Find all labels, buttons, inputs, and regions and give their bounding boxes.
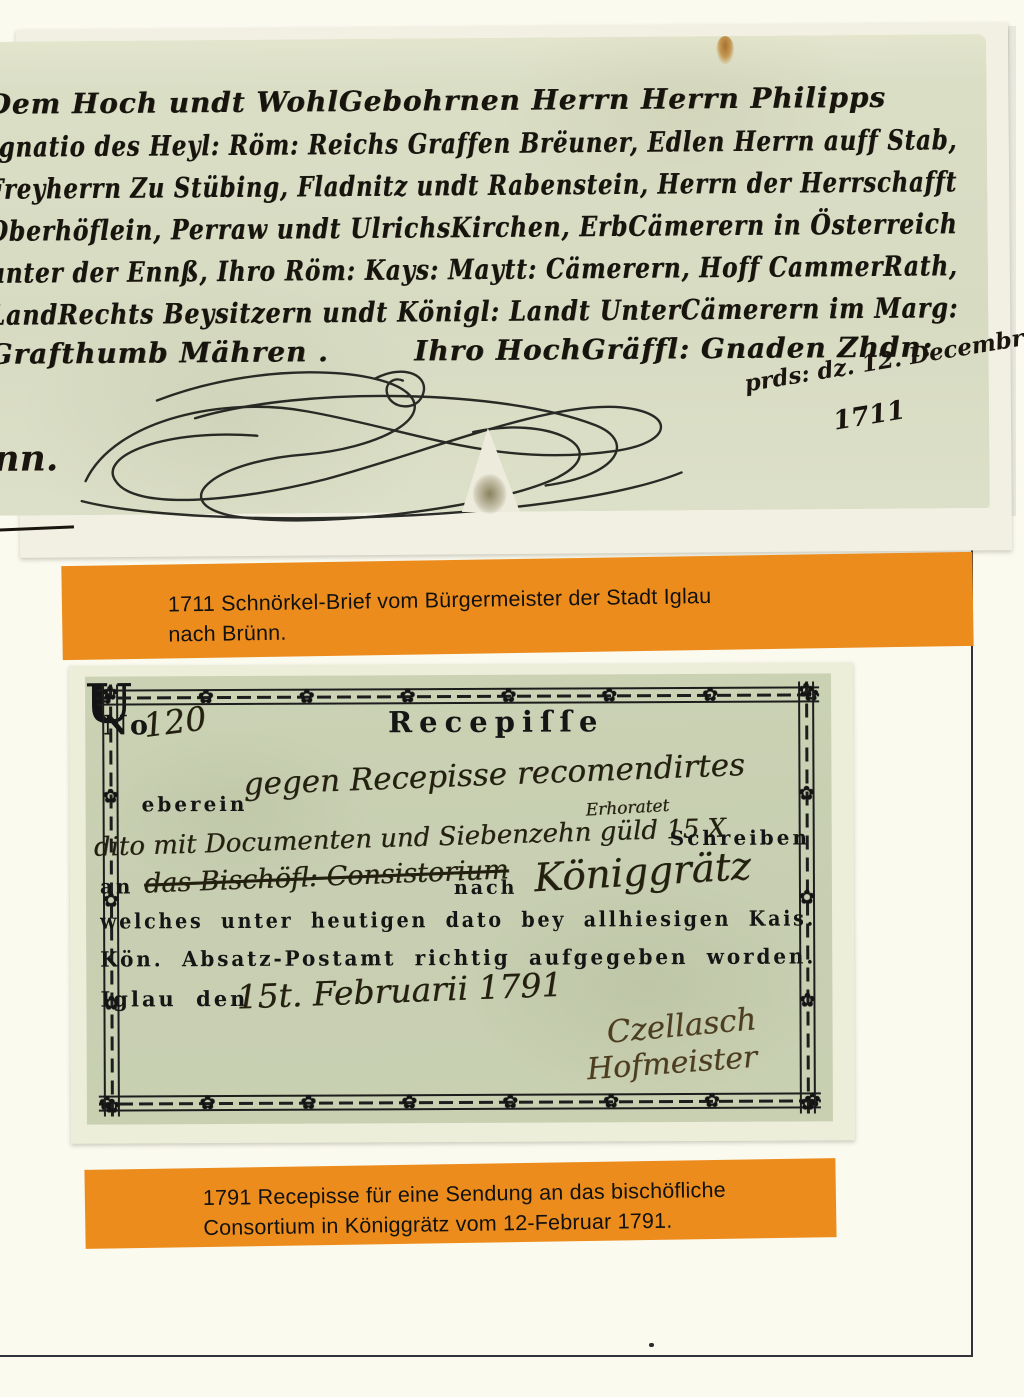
flower-ornament-icon: ✿ — [299, 687, 315, 706]
recepisse-printed-nach: nach — [454, 877, 518, 899]
flower-ornament-icon: ✿ — [400, 687, 416, 706]
recepisse-printed-an: an — [100, 874, 134, 898]
ornamental-border-bottom: ✿ ✿ ✿ ✿ ✿ ✿ ✿ ✿ — [99, 1087, 821, 1116]
flower-ornament-icon: ✿ — [702, 685, 718, 704]
flower-ornament-icon: ✿ — [799, 991, 815, 1010]
album-page-bottom-border — [0, 1355, 973, 1357]
album-page-right-border — [971, 548, 973, 1357]
letter-script-line: Oberhöflein, Perraw undt UlrichsKirchen,… — [0, 208, 801, 247]
recepisse-printed-eberein: eberein — [142, 792, 248, 816]
flower-ornament-icon: ✿ — [501, 686, 517, 705]
flower-ornament-icon: ✿ — [200, 1094, 216, 1113]
letter-script-line: Freyherrn Zu Stübing, Fladnitz undt Rabe… — [0, 167, 778, 206]
recepisse-title: Recepiſſe — [85, 703, 831, 740]
flower-ornament-icon: ✿ — [103, 788, 119, 807]
recepisse-hw-date: 15t. Februarii 1791 — [236, 965, 563, 1017]
ornamental-border-left: ✿ ✿ ✿ ✿ ✿ — [97, 684, 125, 1116]
flower-ornament-icon: ✿ — [102, 684, 118, 703]
letter-script-line: unter der Ennß, Ihro Röm: Kays: Maytt: C… — [0, 251, 795, 290]
flower-ornament-icon: ✿ — [301, 1093, 317, 1112]
flower-ornament-icon: ✿ — [601, 686, 617, 705]
caption-1711: 1711 Schnörkel-Brief vom Bürgermeister d… — [61, 552, 973, 660]
flower-ornament-icon: ✿ — [502, 1092, 518, 1111]
recepisse-1791-document: ✿ ✿ ✿ ✿ ✿ ✿ ✿ ✿ ✿ ✿ ✿ ✿ ✿ ✿ ✿ ✿ ✿ ✿ ✿ ✿ … — [85, 673, 833, 1124]
recepisse-hw-line1: gegen Recepisse recomendirtes — [243, 747, 746, 803]
recepisse-printed-line-postamt: Kön. Absatz-Postamt richtig aufgegeben w… — [100, 943, 816, 971]
flower-ornament-icon: ✿ — [798, 681, 814, 700]
flower-ornament-icon: ✿ — [104, 1097, 120, 1116]
letter-1711-document: Dem Hoch undt WohlGebohrnen Herrn Herrn … — [0, 34, 990, 516]
flower-ornament-icon: ✿ — [800, 1094, 816, 1113]
recepisse-hw-destination: Königgrätz — [533, 844, 752, 901]
flower-ornament-icon: ✿ — [401, 1093, 417, 1112]
paper-speck — [649, 1343, 654, 1347]
calligraphic-flourish-knot — [75, 354, 696, 537]
flower-ornament-icon: ✿ — [603, 1092, 619, 1111]
caption-1791: 1791 Recepisse für eine Sendung an das b… — [84, 1158, 836, 1249]
letter-address-fragment: nn. — [0, 437, 58, 480]
letter-tear-smudge — [473, 474, 507, 514]
letter-script-line: LandRechts Beysitzern undt Königl: Landt… — [0, 292, 817, 332]
letter-stain — [716, 36, 734, 64]
flower-ornament-icon: ✿ — [704, 1091, 720, 1110]
letter-year-note: 1711 — [831, 395, 907, 436]
flower-ornament-icon: ✿ — [799, 785, 815, 804]
letter-script-line: Ignatio des Heyl: Röm: Reichs Graffen Br… — [0, 125, 785, 164]
recepisse-printed-iglau-den: Iglau den — [100, 986, 248, 1012]
letter-script-line: Dem Hoch undt WohlGebohrnen Herrn Herrn … — [0, 80, 957, 121]
flower-ornament-icon: ✿ — [799, 888, 815, 907]
ornamental-border-right: ✿ ✿ ✿ ✿ ✿ — [793, 681, 821, 1113]
recepisse-printed-line-kais: welches unter heutigen dato bey allhiesi… — [100, 905, 816, 933]
